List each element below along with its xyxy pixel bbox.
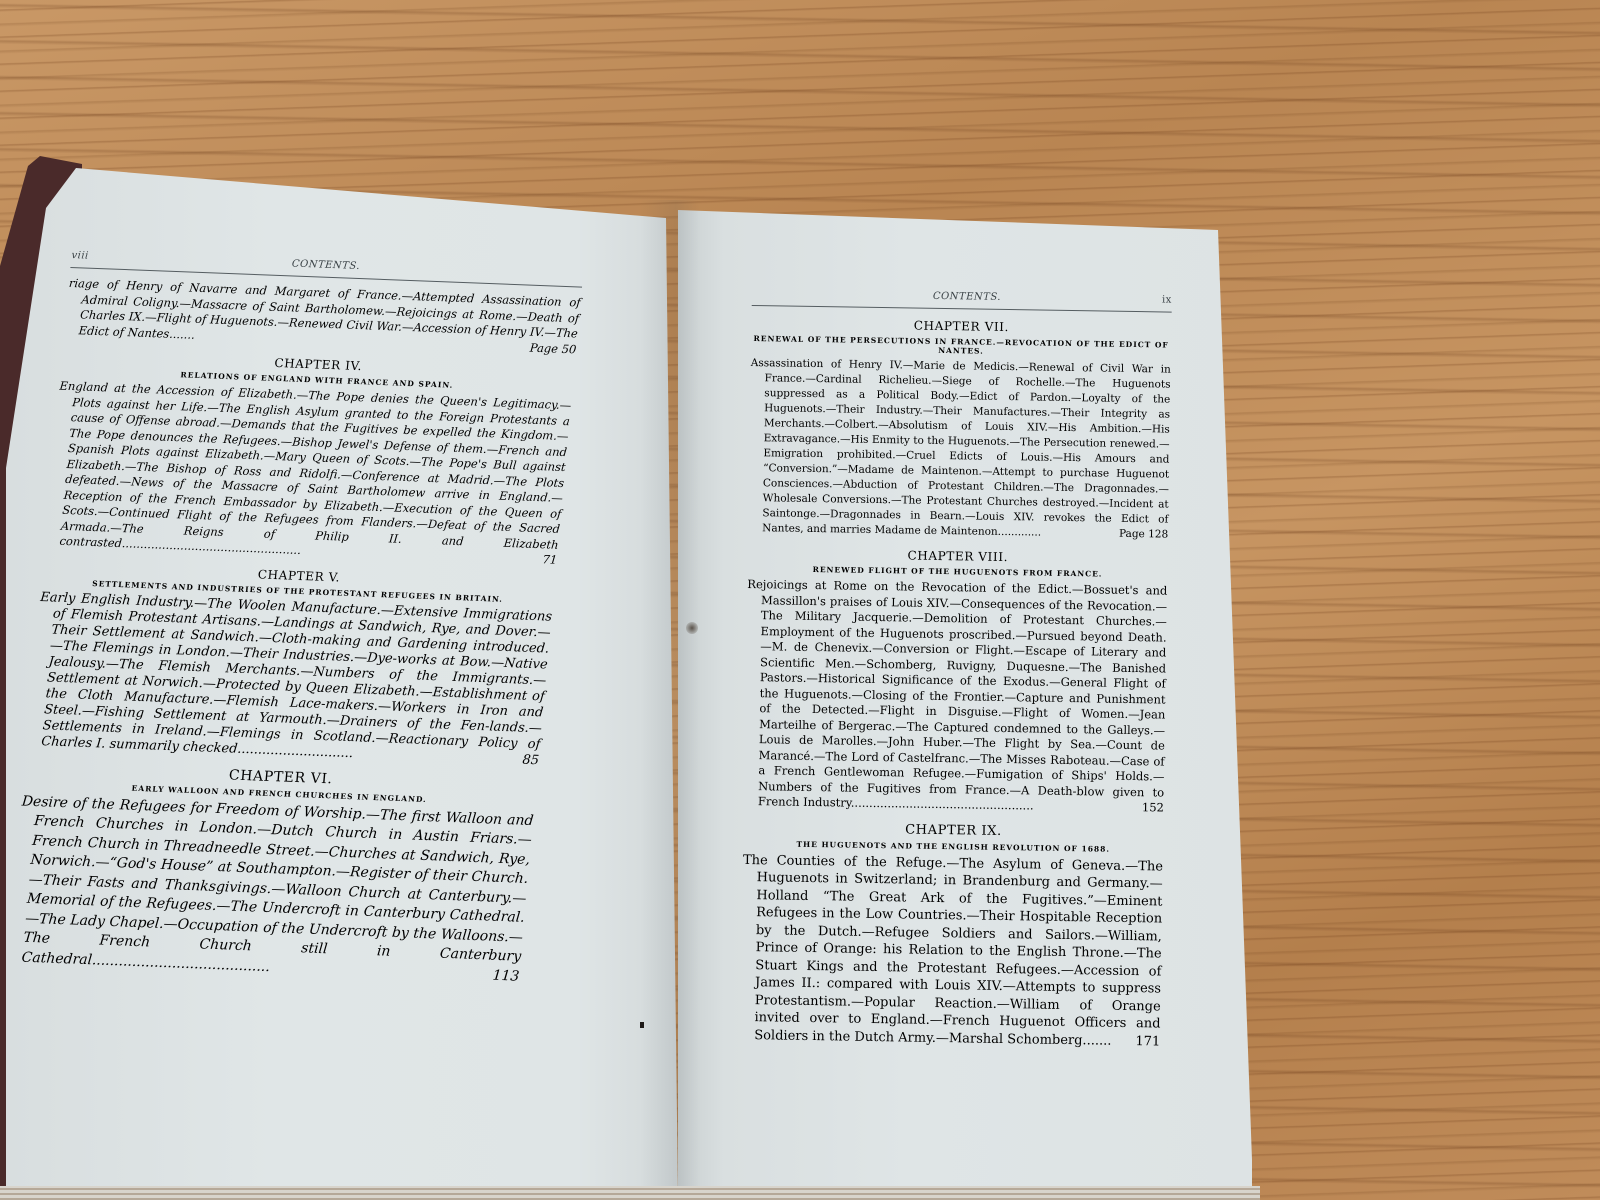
chapter-summary: England at the Accession of Elizabeth.—T… <box>45 379 572 569</box>
chapter-subtitle: Renewal of the Persecutions in France.—R… <box>751 334 1171 359</box>
chapter-summary: Early English Industry.—The Woolen Manuf… <box>27 590 553 769</box>
chapter-title: CHAPTER VIII. <box>748 546 1168 567</box>
page-number: 152 <box>1156 800 1164 816</box>
chapter-title: CHAPTER IX. <box>743 819 1163 841</box>
chapter-iv: CHAPTER IV. Relations of England with Fr… <box>45 348 575 569</box>
chapter-vi: CHAPTER VI. Early Walloon and French Chu… <box>7 759 538 987</box>
entry-text: Early English Industry.—The Woolen Manuf… <box>40 590 553 761</box>
chapter-v: CHAPTER V. Settlements and Industries of… <box>27 559 556 769</box>
page-stack-edge <box>0 1186 1260 1200</box>
chapter-vii: CHAPTER VII. Renewal of the Persecutions… <box>748 316 1171 543</box>
entry-text: The Counties of the Refuge.—The Asylum o… <box>743 852 1163 1048</box>
page-number: Page 50 <box>543 341 577 358</box>
book-gutter <box>640 200 700 1200</box>
entry-text: England at the Accession of Elizabeth.—T… <box>59 379 572 557</box>
right-folio: ix <box>1162 294 1172 305</box>
entry-text: Assassination of Henry IV.—Marie de Medi… <box>751 357 1171 539</box>
entry-text: Desire of the Refugees for Freedom of Wo… <box>21 793 534 975</box>
page-number: 171 <box>1149 1033 1160 1051</box>
chapter-ix: CHAPTER IX. The Huguenots and the Englis… <box>740 819 1163 1050</box>
entry-text: riage of Henry of Navarre and Margaret o… <box>68 276 581 341</box>
left-page-text: viii CONTENTS. riage of Henry of Navarre… <box>7 250 584 987</box>
paper-stain <box>686 622 698 634</box>
page-number: 113 <box>506 967 520 987</box>
right-page-text: CONTENTS. ix CHAPTER VII. Renewal of the… <box>740 288 1172 1051</box>
chapter-summary: Rejoicings at Rome on the Revocation of … <box>744 577 1168 816</box>
chapter-viii: CHAPTER VIII. Renewed Flight of the Hugu… <box>744 546 1168 816</box>
left-folio: viii <box>71 250 89 262</box>
chapter-summary: Assassination of Henry IV.—Marie de Medi… <box>748 356 1171 543</box>
page-number: Page 128 <box>1133 527 1168 543</box>
continuation-entry: riage of Henry of Navarre and Margaret o… <box>64 276 581 357</box>
ink-mark <box>640 1022 644 1028</box>
chapter-title: CHAPTER VII. <box>751 316 1171 337</box>
entry-text: Rejoicings at Rome on the Revocation of … <box>747 577 1167 813</box>
chapter-summary: The Counties of the Refuge.—The Asylum o… <box>740 851 1163 1050</box>
chapter-summary: Desire of the Refugees for Freedom of Wo… <box>7 792 535 987</box>
